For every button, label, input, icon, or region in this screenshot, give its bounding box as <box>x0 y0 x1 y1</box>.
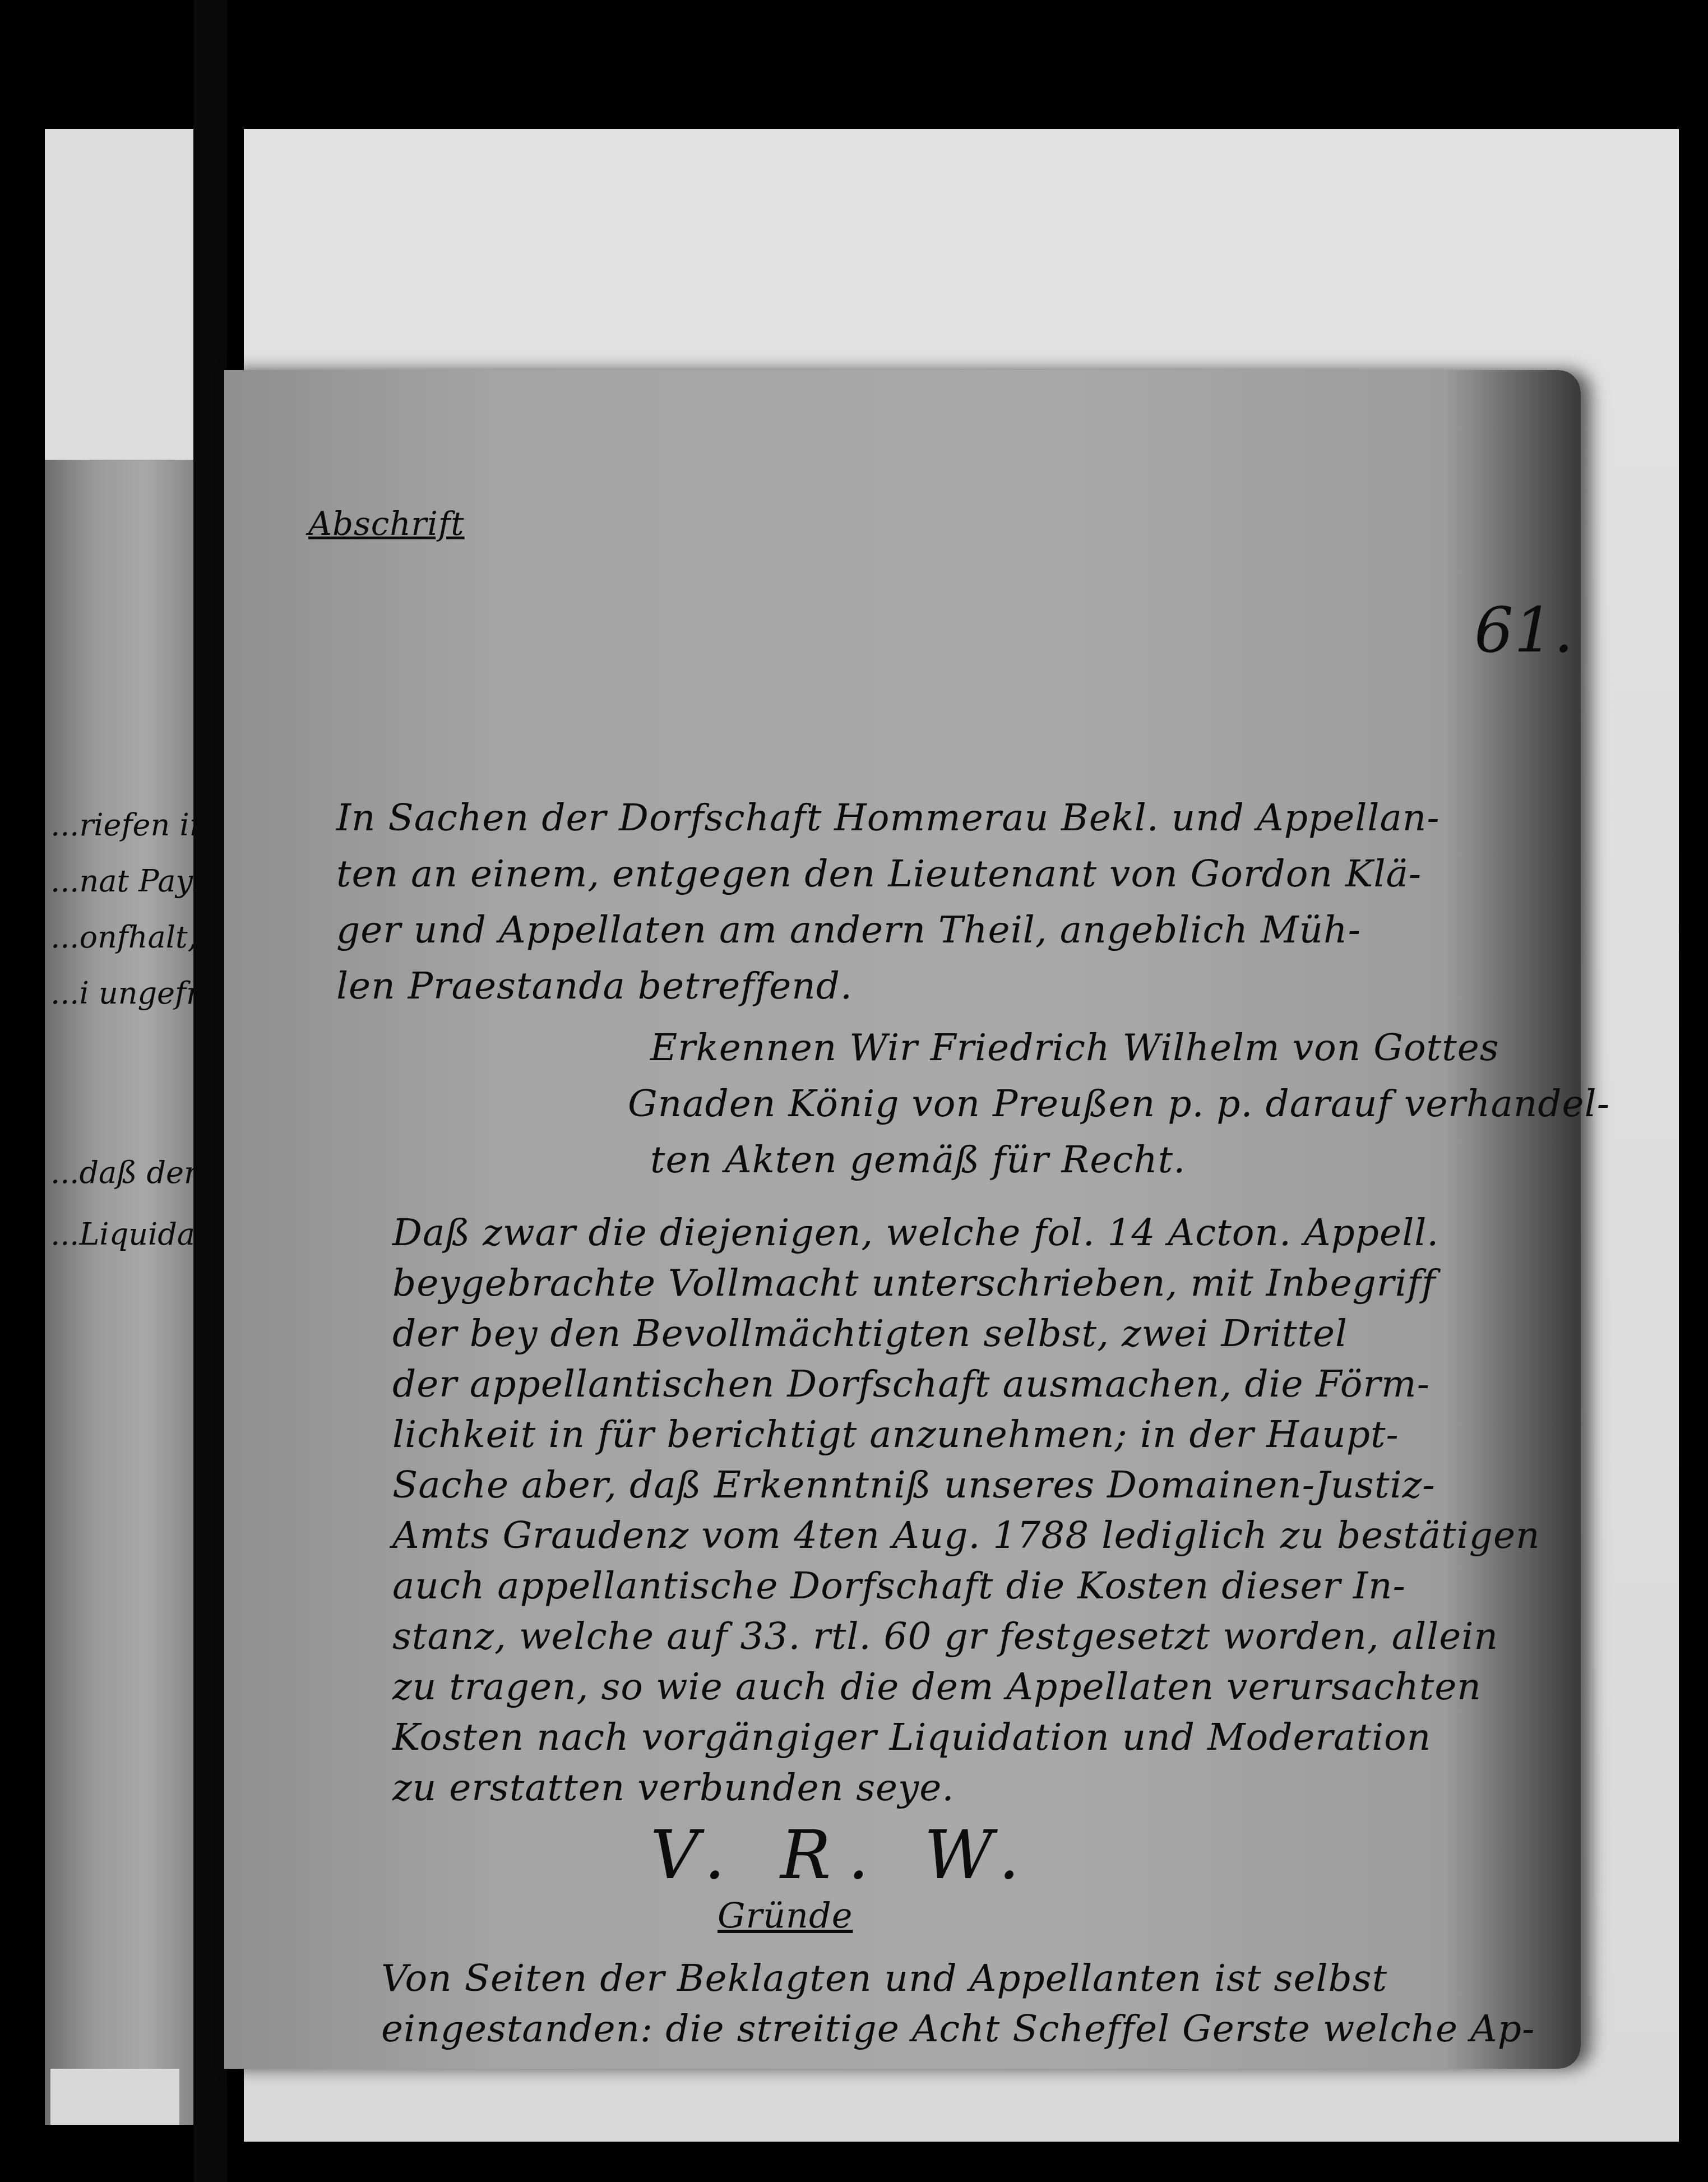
text-line: Gnaden König von Preußen p. p. darauf ve… <box>628 1082 1610 1125</box>
margin-note: ...onfhalt, <box>50 919 197 955</box>
text-line: der appellantischen Dorfschaft ausmachen… <box>392 1362 1430 1406</box>
text-line: Von Seiten der Beklagten und Appellanten… <box>381 1957 1387 2000</box>
text-line: zu tragen, so wie auch die dem Appellate… <box>392 1665 1482 1708</box>
text-line: ten an einem, entgegen den Lieutenant vo… <box>336 852 1422 895</box>
text-line: Sache aber, daß Erkenntniß unseres Domai… <box>392 1463 1436 1506</box>
binding-spine <box>193 0 227 2182</box>
text-line: stanz, welche auf 33. rtl. 60 gr festges… <box>392 1615 1498 1658</box>
text-line: zu erstatten verbunden seye. <box>392 1766 954 1809</box>
margin-note: ...daß der <box>50 1155 198 1190</box>
text-line: In Sachen der Dorfschaft Hommerau Bekl. … <box>336 796 1440 839</box>
text-line: Daß zwar die diejenigen, welche fol. 14 … <box>392 1211 1439 1254</box>
heading: Abschrift <box>308 505 465 543</box>
margin-note: ...nat Pays <box>50 863 209 899</box>
text-line: ten Akten gemäß für Recht. <box>650 1138 1186 1181</box>
folio-number: 61. <box>1474 594 1574 666</box>
text-line: len Praestanda betreffend. <box>336 964 853 1007</box>
text-line: eingestanden: die streitige Acht Scheffe… <box>381 2007 1535 2050</box>
reasons-heading: Gründe <box>718 1895 853 1936</box>
text-line: auch appellantische Dorfschaft die Koste… <box>392 1564 1406 1607</box>
text-line: Kosten nach vorgängiger Liquidation und … <box>392 1716 1431 1759</box>
text-line: beygebrachte Vollmacht unterschrieben, m… <box>392 1261 1436 1305</box>
signature-initials: V. R. W. <box>650 1816 1036 1894</box>
text-line: der bey den Bevollmächtigten selbst, zwe… <box>392 1312 1348 1355</box>
margin-note: ...riefen in <box>50 807 209 843</box>
text-line: Erkennen Wir Friedrich Wilhelm von Gotte… <box>650 1026 1499 1069</box>
left-page-blank-top <box>45 129 213 460</box>
text-line: Amts Graudenz vom 4ten Aug. 1788 ledigli… <box>392 1514 1540 1557</box>
text-line: ger und Appellaten am andern Theil, ange… <box>336 908 1361 951</box>
left-page-bottom-edge <box>50 2069 179 2125</box>
text-line: lichkeit in für berichtigt anzunehmen; i… <box>392 1413 1399 1456</box>
document-page: Abschrift 61. In Sachen der Dorfschaft H… <box>224 370 1581 2069</box>
